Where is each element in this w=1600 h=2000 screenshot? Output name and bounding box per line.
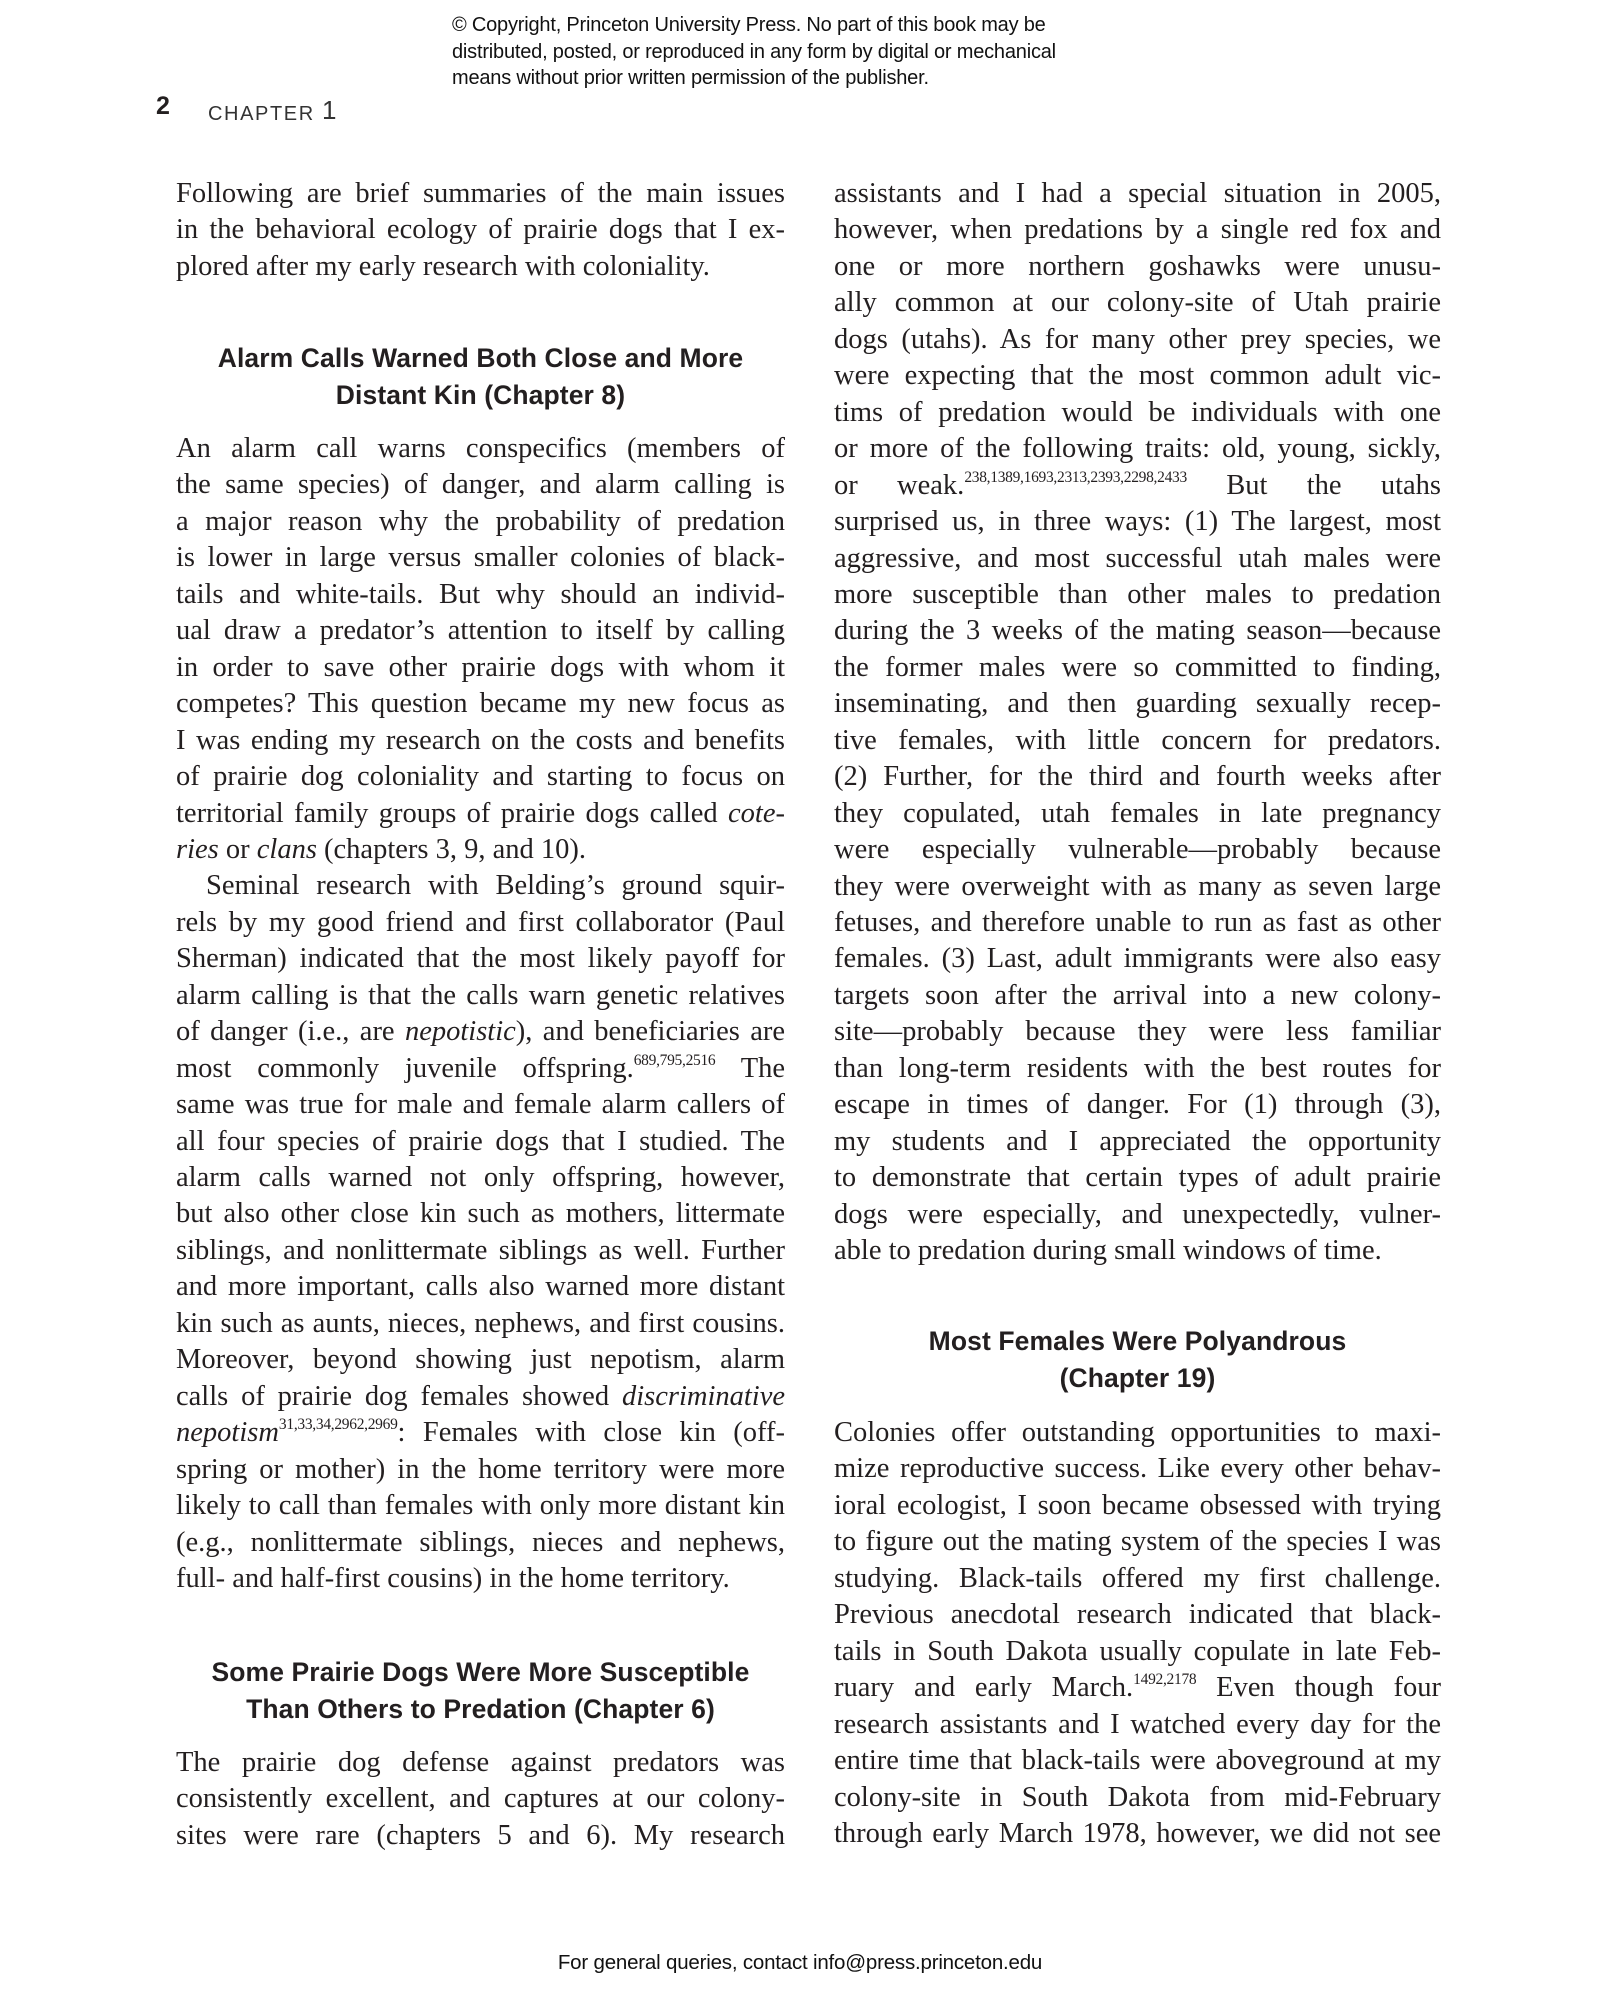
text-line: ual draw a predator’s attention to itsel… bbox=[176, 613, 785, 649]
text-run: alarm calls warned not only offspring, h… bbox=[176, 1162, 785, 1193]
text-line: ioral ecologist, I soon became obsessed … bbox=[834, 1488, 1441, 1524]
text-line: rels by my good friend and first collabo… bbox=[176, 905, 785, 941]
text-line: surprised us, in three ways: (1) The lar… bbox=[834, 504, 1441, 540]
text-run: entire time that black-tails were aboveg… bbox=[834, 1745, 1441, 1776]
text-line: most commonly juvenile offspring.689,795… bbox=[176, 1051, 785, 1087]
text-run: than long-term residents with the best r… bbox=[834, 1053, 1441, 1084]
text-run: territorial family groups of prairie dog… bbox=[176, 798, 728, 829]
text-run: dogs were especially, and unexpectedly, … bbox=[834, 1199, 1441, 1230]
text-run: tails and white-tails. But why should an… bbox=[176, 579, 785, 610]
text-line: tails in South Dakota usually copulate i… bbox=[834, 1634, 1441, 1670]
text-line: same was true for male and female alarm … bbox=[176, 1087, 785, 1123]
text-run: (2) Further, for the third and fourth we… bbox=[834, 761, 1441, 792]
text-run: to figure out the mating system of the s… bbox=[834, 1526, 1441, 1557]
text-run: (chapters 3, 9, and 10). bbox=[317, 834, 586, 865]
text-line: able to predation during small windows o… bbox=[834, 1233, 1441, 1269]
text-run: research assistants and I watched every … bbox=[834, 1709, 1441, 1740]
text-line: nepotism31,33,34,2962,2969: Females with… bbox=[176, 1415, 785, 1451]
text-run: competes? This question became my new fo… bbox=[176, 688, 785, 719]
text-run: targets soon after the arrival into a ne… bbox=[834, 980, 1441, 1011]
text-run: during the 3 weeks of the mating season—… bbox=[834, 615, 1441, 646]
text-line: territorial family groups of prairie dog… bbox=[176, 796, 785, 832]
text-run: more susceptible than other males to pre… bbox=[834, 579, 1441, 610]
chapter-word: CHAPTER bbox=[208, 103, 315, 125]
text-line: competes? This question became my new fo… bbox=[176, 686, 785, 722]
text-run: were expecting that the most common adul… bbox=[834, 360, 1441, 391]
text-run: aggressive, and most successful utah mal… bbox=[834, 543, 1441, 574]
text-line: my students and I appreciated the opport… bbox=[834, 1124, 1441, 1160]
text-line: in the behavioral ecology of prairie dog… bbox=[176, 212, 785, 248]
text-run: or weak. bbox=[834, 470, 964, 501]
text-run: : Females with close kin (off- bbox=[398, 1417, 785, 1448]
text-run: females. (3) Last, adult immigrants were… bbox=[834, 943, 1441, 974]
text-line: kin such as aunts, nieces, nephews, and … bbox=[176, 1306, 785, 1342]
text-run: a major reason why the probability of pr… bbox=[176, 506, 785, 537]
text-run: dogs (utahs). As for many other prey spe… bbox=[834, 324, 1441, 355]
text-line: Colonies offer outstanding opportunities… bbox=[834, 1415, 1441, 1451]
text-line: An alarm call warns conspecifics (member… bbox=[176, 431, 785, 467]
text-run: of prairie dog coloniality and starting … bbox=[176, 761, 785, 792]
text-run: siblings, and nonlittermate siblings as … bbox=[176, 1235, 785, 1266]
text-line: females. (3) Last, adult immigrants were… bbox=[834, 941, 1441, 977]
text-line: siblings, and nonlittermate siblings as … bbox=[176, 1233, 785, 1269]
text-line: The prairie dog defense against predator… bbox=[176, 1745, 785, 1781]
text-line: spring or mother) in the home territory … bbox=[176, 1452, 785, 1488]
text-line: (e.g., nonlittermate siblings, nieces an… bbox=[176, 1525, 785, 1561]
text-line: were especially vulnerable—probably beca… bbox=[834, 832, 1441, 868]
text-line: to demonstrate that certain types of adu… bbox=[834, 1160, 1441, 1196]
section-heading-polyandrous: Most Females Were Polyandrous (Chapter 1… bbox=[834, 1323, 1441, 1396]
italic-term: nepotistic bbox=[405, 1016, 516, 1047]
text-run: spring or mother) in the home territory … bbox=[176, 1454, 785, 1485]
text-line: I was ending my research on the costs an… bbox=[176, 723, 785, 759]
text-line: Moreover, beyond showing just nepotism, … bbox=[176, 1342, 785, 1378]
text-run: ruary and early March. bbox=[834, 1672, 1133, 1703]
text-run: is lower in large versus smaller colonie… bbox=[176, 542, 785, 573]
text-line: calls of prairie dog females showed disc… bbox=[176, 1379, 785, 1415]
text-run: tails in South Dakota usually copulate i… bbox=[834, 1636, 1441, 1667]
text-run: in order to save other prairie dogs with… bbox=[176, 652, 785, 683]
text-run: colony-site in South Dakota from mid-Feb… bbox=[834, 1782, 1441, 1813]
text-line: dogs (utahs). As for many other prey spe… bbox=[834, 322, 1441, 358]
chapter-label: CHAPTER 1 bbox=[208, 96, 336, 127]
page-number: 2 bbox=[156, 92, 170, 121]
text-line: studying. Black-tails offered my first c… bbox=[834, 1561, 1441, 1597]
text-line: consistently excellent, and captures at … bbox=[176, 1781, 785, 1817]
chapter-number: 1 bbox=[322, 95, 336, 125]
text-run: they were overweight with as many as sev… bbox=[834, 871, 1441, 902]
text-run: (e.g., nonlittermate siblings, nieces an… bbox=[176, 1527, 785, 1558]
text-run: An alarm call warns conspecifics (member… bbox=[176, 433, 785, 464]
text-line: dogs were especially, and unexpectedly, … bbox=[834, 1197, 1441, 1233]
text-line: plored after my early research with colo… bbox=[176, 249, 785, 285]
text-line: escape in times of danger. For (1) throu… bbox=[834, 1087, 1441, 1123]
text-line: tims of predation would be individuals w… bbox=[834, 395, 1441, 431]
text-line: through early March 1978, however, we di… bbox=[834, 1816, 1441, 1852]
text-run: I was ending my research on the costs an… bbox=[176, 725, 785, 756]
text-line: full- and half-first cousins) in the hom… bbox=[176, 1561, 785, 1597]
text-run: however, when predations by a single red… bbox=[834, 214, 1441, 245]
text-run: tims of predation would be individuals w… bbox=[834, 397, 1441, 428]
text-run: likely to call than females with only mo… bbox=[176, 1490, 785, 1521]
text-line: mize reproductive success. Like every ot… bbox=[834, 1451, 1441, 1487]
text-line: ruary and early March.1492,2178 Even tho… bbox=[834, 1670, 1441, 1706]
text-line: fetuses, and therefore unable to run as … bbox=[834, 905, 1441, 941]
text-run: Previous anecdotal research indicated th… bbox=[834, 1599, 1441, 1630]
text-line: ally common at our colony-site of Utah p… bbox=[834, 285, 1441, 321]
text-run: calls of prairie dog females showed bbox=[176, 1381, 622, 1412]
section-heading-susceptible: Some Prairie Dogs Were More Susceptible … bbox=[176, 1654, 785, 1727]
text-run: kin such as aunts, nieces, nephews, and … bbox=[176, 1308, 785, 1339]
heading-line: (Chapter 19) bbox=[834, 1360, 1441, 1397]
copyright-line: means without prior written permission o… bbox=[452, 65, 1212, 92]
text-run: same was true for male and female alarm … bbox=[176, 1089, 785, 1120]
heading-line: Some Prairie Dogs Were More Susceptible bbox=[176, 1654, 785, 1691]
text-line: tails and white-tails. But why should an… bbox=[176, 577, 785, 613]
copyright-line: © Copyright, Princeton University Press.… bbox=[452, 12, 1212, 39]
text-run: consistently excellent, and captures at … bbox=[176, 1783, 785, 1814]
text-line: Following are brief summaries of the mai… bbox=[176, 176, 785, 212]
copyright-line: distributed, posted, or reproduced in an… bbox=[452, 39, 1212, 66]
text-run: sites were rare (chapters 5 and 6). My r… bbox=[176, 1820, 785, 1851]
text-line: more susceptible than other males to pre… bbox=[834, 577, 1441, 613]
text-run: or bbox=[219, 834, 257, 865]
text-run: but also other close kin such as mothers… bbox=[176, 1198, 785, 1229]
text-line: they were overweight with as many as sev… bbox=[834, 869, 1441, 905]
text-run: studying. Black-tails offered my first c… bbox=[834, 1563, 1441, 1594]
text-run: Following are brief summaries of the mai… bbox=[176, 178, 785, 209]
text-line: entire time that black-tails were aboveg… bbox=[834, 1743, 1441, 1779]
section-heading-alarm-calls: Alarm Calls Warned Both Close and More D… bbox=[176, 340, 785, 413]
text-line: tive females, with little concern for pr… bbox=[834, 723, 1441, 759]
text-line: of danger (i.e., are nepotistic), and be… bbox=[176, 1014, 785, 1050]
heading-line: Alarm Calls Warned Both Close and More bbox=[176, 340, 785, 377]
text-line: and more important, calls also warned mo… bbox=[176, 1269, 785, 1305]
text-line: alarm calls warned not only offspring, h… bbox=[176, 1160, 785, 1196]
text-line: colony-site in South Dakota from mid-Feb… bbox=[834, 1780, 1441, 1816]
text-line: or weak.238,1389,1693,2313,2393,2298,243… bbox=[834, 468, 1441, 504]
italic-term: clans bbox=[257, 834, 317, 865]
text-run: were especially vulnerable—probably beca… bbox=[834, 834, 1441, 865]
text-run: alarm calling is that the calls warn gen… bbox=[176, 980, 785, 1011]
text-line: the same species) of danger, and alarm c… bbox=[176, 467, 785, 503]
text-run: the former males were so committed to fi… bbox=[834, 652, 1441, 683]
italic-term: cote- bbox=[728, 798, 785, 829]
text-line: ries or clans (chapters 3, 9, and 10). bbox=[176, 832, 785, 868]
text-run: The bbox=[715, 1053, 785, 1084]
text-run: or more of the following traits: old, yo… bbox=[834, 433, 1441, 464]
text-run: Sherman) indicated that the most likely … bbox=[176, 943, 785, 974]
text-line: in order to save other prairie dogs with… bbox=[176, 650, 785, 686]
text-run: assistants and I had a special situation… bbox=[834, 178, 1441, 209]
text-run: in the behavioral ecology of prairie dog… bbox=[176, 214, 785, 245]
text-run: inseminating, and then guarding sexually… bbox=[834, 688, 1441, 719]
text-line: but also other close kin such as mothers… bbox=[176, 1196, 785, 1232]
text-line: is lower in large versus smaller colonie… bbox=[176, 540, 785, 576]
text-run: plored after my early research with colo… bbox=[176, 251, 710, 282]
heading-line: Most Females Were Polyandrous bbox=[834, 1323, 1441, 1360]
text-line: Previous anecdotal research indicated th… bbox=[834, 1597, 1441, 1633]
text-run: through early March 1978, however, we di… bbox=[834, 1818, 1441, 1849]
text-run: Moreover, beyond showing just nepotism, … bbox=[176, 1344, 785, 1375]
text-line: likely to call than females with only mo… bbox=[176, 1488, 785, 1524]
text-run: mize reproductive success. Like every ot… bbox=[834, 1453, 1441, 1484]
text-line: of prairie dog coloniality and starting … bbox=[176, 759, 785, 795]
italic-term: nepotism bbox=[176, 1417, 279, 1448]
text-run: ioral ecologist, I soon became obsessed … bbox=[834, 1490, 1441, 1521]
text-line: sites were rare (chapters 5 and 6). My r… bbox=[176, 1818, 785, 1854]
text-line: Sherman) indicated that the most likely … bbox=[176, 941, 785, 977]
text-run: tive females, with little concern for pr… bbox=[834, 725, 1441, 756]
text-line: were expecting that the most common adul… bbox=[834, 358, 1441, 394]
footer-contact: For general queries, contact info@press.… bbox=[0, 1951, 1600, 1975]
text-run: surprised us, in three ways: (1) The lar… bbox=[834, 506, 1441, 537]
text-run: The prairie dog defense against predator… bbox=[176, 1747, 785, 1778]
text-run: escape in times of danger. For (1) throu… bbox=[834, 1089, 1441, 1120]
text-run: most commonly juvenile offspring. bbox=[176, 1053, 634, 1084]
text-line: they copulated, utah females in late pre… bbox=[834, 796, 1441, 832]
text-line: targets soon after the arrival into a ne… bbox=[834, 978, 1441, 1014]
citation-superscript: 238,1389,1693,2313,2393,2298,2433 bbox=[964, 469, 1187, 486]
text-line: a major reason why the probability of pr… bbox=[176, 504, 785, 540]
text-line: Seminal research with Belding’s ground s… bbox=[176, 868, 785, 904]
text-run: of danger (i.e., are bbox=[176, 1016, 405, 1047]
heading-line: Than Others to Predation (Chapter 6) bbox=[176, 1691, 785, 1728]
text-line: (2) Further, for the third and fourth we… bbox=[834, 759, 1441, 795]
text-run: Even though four bbox=[1196, 1672, 1441, 1703]
text-run: one or more northern goshawks were unusu… bbox=[834, 251, 1441, 282]
text-line: during the 3 weeks of the mating season—… bbox=[834, 613, 1441, 649]
text-line: alarm calling is that the calls warn gen… bbox=[176, 978, 785, 1014]
text-run: ), and beneficiaries are bbox=[516, 1016, 785, 1047]
text-line: than long-term residents with the best r… bbox=[834, 1051, 1441, 1087]
text-line: one or more northern goshawks were unusu… bbox=[834, 249, 1441, 285]
text-run: able to predation during small windows o… bbox=[834, 1235, 1382, 1266]
text-run: the same species) of danger, and alarm c… bbox=[176, 469, 785, 500]
citation-superscript: 689,795,2516 bbox=[634, 1052, 716, 1069]
text-run: to demonstrate that certain types of adu… bbox=[834, 1162, 1441, 1193]
text-run: ally common at our colony-site of Utah p… bbox=[834, 287, 1441, 318]
text-line: aggressive, and most successful utah mal… bbox=[834, 541, 1441, 577]
text-line: to figure out the mating system of the s… bbox=[834, 1524, 1441, 1560]
text-run: all four species of prairie dogs that I … bbox=[176, 1126, 785, 1157]
text-line: research assistants and I watched every … bbox=[834, 1707, 1441, 1743]
citation-superscript: 31,33,34,2962,2969 bbox=[279, 1416, 398, 1433]
heading-line: Distant Kin (Chapter 8) bbox=[176, 377, 785, 414]
text-run: my students and I appreciated the opport… bbox=[834, 1126, 1441, 1157]
text-line: however, when predations by a single red… bbox=[834, 212, 1441, 248]
text-run: Colonies offer outstanding opportunities… bbox=[834, 1417, 1441, 1448]
text-run: fetuses, and therefore unable to run as … bbox=[834, 907, 1441, 938]
text-line: assistants and I had a special situation… bbox=[834, 176, 1441, 212]
text-run: full- and half-first cousins) in the hom… bbox=[176, 1563, 730, 1594]
text-run: site—probably because they were less fam… bbox=[834, 1016, 1441, 1047]
text-run: rels by my good friend and first collabo… bbox=[176, 907, 785, 938]
citation-superscript: 1492,2178 bbox=[1133, 1671, 1196, 1688]
italic-term: discriminative bbox=[622, 1381, 785, 1412]
text-run: and more important, calls also warned mo… bbox=[176, 1271, 785, 1302]
text-run: ual draw a predator’s attention to itsel… bbox=[176, 615, 785, 646]
italic-term: ries bbox=[176, 834, 219, 865]
text-line: site—probably because they were less fam… bbox=[834, 1014, 1441, 1050]
text-run: Seminal research with Belding’s ground s… bbox=[206, 870, 785, 901]
text-line: the former males were so committed to fi… bbox=[834, 650, 1441, 686]
text-line: all four species of prairie dogs that I … bbox=[176, 1124, 785, 1160]
text-line: inseminating, and then guarding sexually… bbox=[834, 686, 1441, 722]
text-run: they copulated, utah females in late pre… bbox=[834, 798, 1441, 829]
text-line: or more of the following traits: old, yo… bbox=[834, 431, 1441, 467]
text-run: But the utahs bbox=[1187, 470, 1441, 501]
copyright-notice: © Copyright, Princeton University Press.… bbox=[452, 12, 1212, 92]
